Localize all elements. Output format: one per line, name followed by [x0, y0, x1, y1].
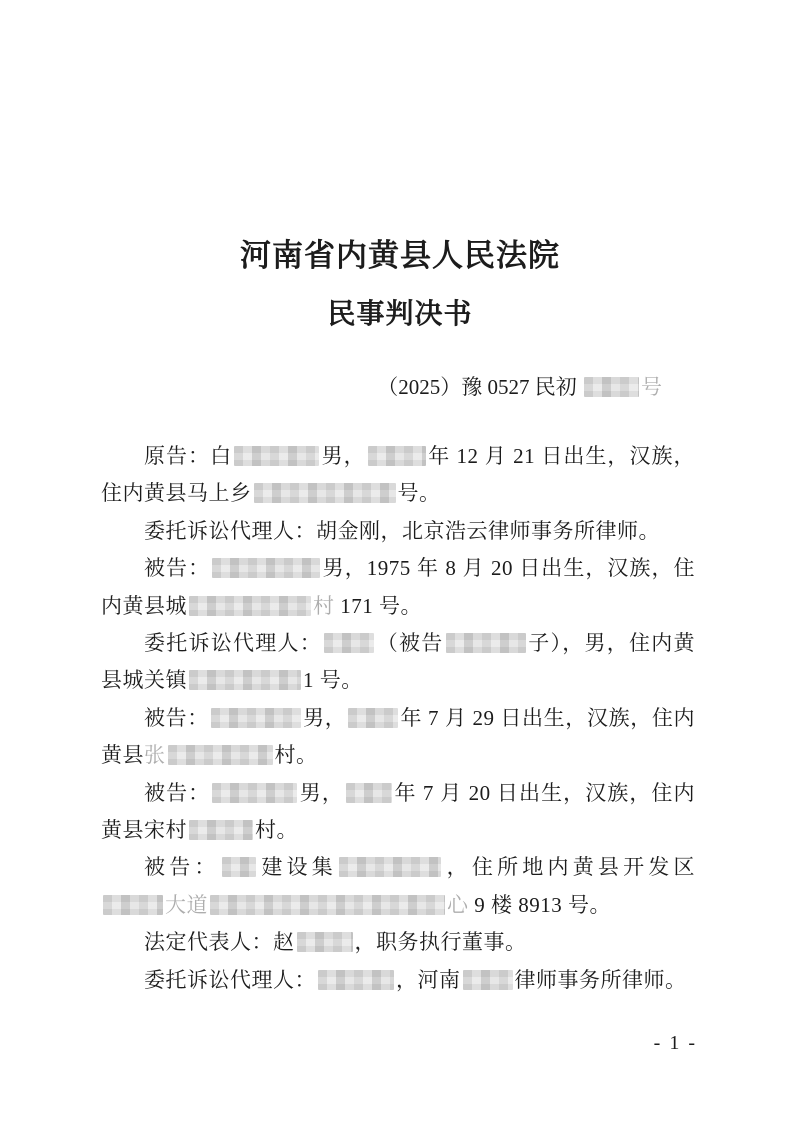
text-run: 委托诉讼代理人：胡金刚，北京浩云律师事务所律师。	[144, 519, 660, 543]
redaction-block	[339, 857, 441, 877]
text-run: ，河南	[396, 968, 461, 992]
redaction-block	[446, 633, 526, 653]
plaintiff-paragraph: 原告：白男，年 12 月 21 日出生，汉族，住内黄县马上乡号。	[101, 438, 695, 513]
redaction-block	[346, 783, 392, 803]
document-body: 原告：白男，年 12 月 21 日出生，汉族，住内黄县马上乡号。委托诉讼代理人：…	[101, 438, 695, 999]
text-run: 委托诉讼代理人：	[144, 968, 316, 992]
partially-redacted-text: 号	[641, 375, 662, 399]
text-run: 村。	[275, 743, 318, 767]
text-run: 号。	[398, 481, 441, 505]
defendant-1-agent-paragraph: 委托诉讼代理人：（被告子），男，住内黄县城关镇1 号。	[101, 625, 695, 700]
text-run: 男，	[321, 444, 366, 468]
redaction-block	[234, 446, 319, 466]
text-run: 被告：	[144, 556, 210, 580]
redaction-block	[297, 932, 353, 952]
redaction-block	[324, 633, 374, 653]
text-run: 建设集	[258, 855, 337, 879]
partially-redacted-text: 大道	[165, 893, 208, 917]
defendant-4-company-paragraph: 被告：建设集，住所地内黄县开发区大道心 9 楼 8913 号。	[101, 849, 695, 924]
text-run: 法定代表人：赵	[144, 930, 295, 954]
text-run: （被告	[376, 631, 444, 655]
case-number: （2025）豫 0527 民初 号	[0, 372, 662, 402]
redaction-block	[584, 377, 639, 397]
partially-redacted-text: 村	[313, 594, 335, 618]
redaction-block	[212, 783, 297, 803]
defendant-4-agent-paragraph: 委托诉讼代理人：，河南律师事务所律师。	[101, 962, 695, 999]
text-run: 被告：	[144, 781, 210, 805]
partially-redacted-text: 心	[447, 893, 469, 917]
text-run: 9 楼 8913 号。	[469, 893, 612, 917]
redaction-block	[168, 745, 273, 765]
redaction-block	[212, 558, 320, 578]
redaction-block	[463, 970, 513, 990]
redaction-block	[189, 820, 253, 840]
defendant-3-paragraph: 被告：男，年 7 月 20 日出生，汉族，住内黄县宋村村。	[101, 775, 695, 850]
redaction-block	[318, 970, 394, 990]
redaction-block	[189, 596, 311, 616]
defendant-2-paragraph: 被告：男，年 7 月 29 日出生，汉族，住内黄县张村。	[101, 700, 695, 775]
redaction-block	[211, 708, 301, 728]
redaction-block	[254, 483, 396, 503]
text-run: 男，	[303, 706, 346, 730]
document-type-title: 民事判决书	[0, 292, 800, 332]
redaction-block	[210, 895, 445, 915]
redaction-block	[103, 895, 163, 915]
redaction-block	[348, 708, 398, 728]
text-run: ，住所地内黄县开发区	[443, 855, 695, 879]
text-run: 原告：白	[144, 444, 232, 468]
text-run: 被告：	[144, 706, 209, 730]
defendant-1-paragraph: 被告：男，1975 年 8 月 20 日出生，汉族，住内黄县城村 171 号。	[101, 550, 695, 625]
text-run: 被告：	[144, 855, 220, 879]
redaction-block	[222, 857, 256, 877]
text-run: 171 号。	[335, 594, 423, 618]
text-run: 律师事务所律师。	[515, 968, 687, 992]
redaction-block	[189, 670, 301, 690]
redaction-block	[368, 446, 426, 466]
text-run: 1 号。	[303, 668, 363, 692]
plaintiff-agent-paragraph: 委托诉讼代理人：胡金刚，北京浩云律师事务所律师。	[101, 513, 695, 550]
legal-representative-paragraph: 法定代表人：赵，职务执行董事。	[101, 924, 695, 961]
partially-redacted-text: 张	[144, 743, 166, 767]
text-run: 男，	[299, 781, 344, 805]
text-run: 村。	[255, 818, 298, 842]
page-number: - 1 -	[654, 1032, 697, 1055]
text-run: （2025）豫 0527 民初	[377, 375, 582, 399]
text-run: 委托诉讼代理人：	[144, 631, 322, 655]
civil-judgment-document-page: 河南省内黄县人民法院 民事判决书 （2025）豫 0527 民初 号 原告：白男…	[0, 0, 800, 1131]
court-title: 河南省内黄县人民法院	[0, 230, 800, 275]
text-run: ，职务执行董事。	[355, 930, 527, 954]
